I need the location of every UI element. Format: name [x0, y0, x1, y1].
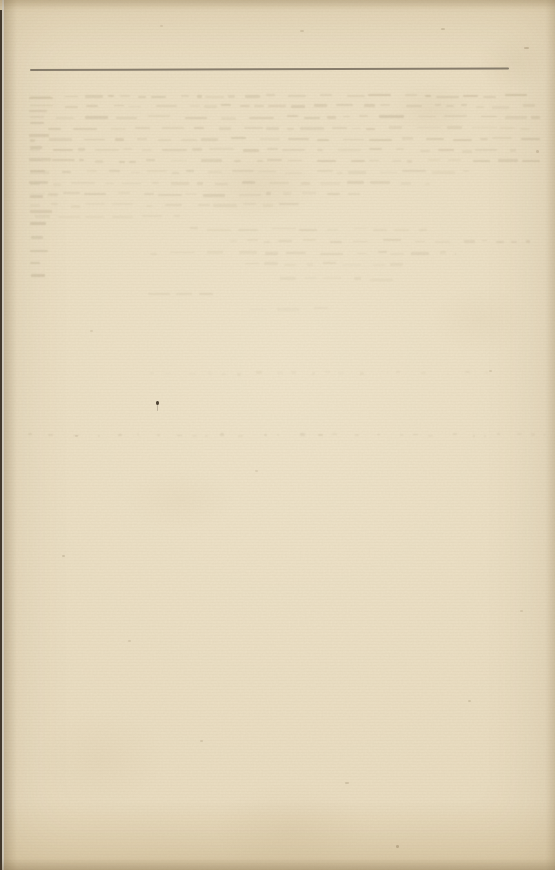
bleedthrough-margin-mark [30, 146, 42, 149]
bleedthrough-dash [369, 160, 379, 161]
bleedthrough-dash [150, 253, 157, 256]
bleedthrough-dash [213, 204, 237, 206]
bleedthrough-dash [343, 139, 364, 141]
bleedthrough-dash [243, 149, 259, 151]
bleedthrough-dash [500, 127, 515, 129]
bleedthrough-dash [435, 241, 451, 243]
bleedthrough-dash [432, 171, 455, 173]
bleedthrough-dash [461, 104, 467, 105]
bleedthrough-dash [249, 117, 273, 119]
bleedthrough-dash [142, 215, 162, 217]
bleedthrough-dash [370, 181, 390, 184]
bleedthrough-dash [419, 229, 428, 232]
bleedthrough-dash [170, 252, 195, 253]
bleedthrough-dash [267, 148, 278, 150]
paper-speck [520, 610, 523, 612]
bleedthrough-dash [148, 293, 170, 295]
paper-speck [441, 28, 445, 30]
bleedthrough-dash [485, 372, 488, 374]
bleedthrough-dash [146, 159, 155, 161]
bleedthrough-dash [498, 159, 518, 162]
bleedthrough-dash [205, 435, 208, 437]
bleedthrough-dash [48, 128, 61, 130]
bleedthrough-dash [86, 203, 104, 205]
bleedthrough-dash [366, 128, 375, 131]
bleedthrough-dash [112, 203, 133, 205]
scanned-page [0, 0, 555, 870]
bleedthrough-dash [317, 149, 323, 151]
bleedthrough-dash [231, 137, 246, 139]
ink-bleedthrough-layer [0, 0, 555, 870]
paper-speck [200, 740, 203, 742]
bleedthrough-dash [123, 148, 132, 149]
paper-speck [489, 370, 492, 372]
bleedthrough-dash [357, 253, 367, 255]
bleedthrough-dash [510, 149, 515, 152]
bleedthrough-dash [174, 215, 180, 217]
bleedthrough-dash [482, 240, 488, 242]
bleedthrough-dash [373, 264, 385, 266]
bleedthrough-margin-mark [29, 134, 49, 137]
bleedthrough-dash [401, 182, 411, 185]
bleedthrough-dash [148, 115, 170, 116]
bleedthrough-dash [137, 138, 147, 140]
bleedthrough-dash [98, 435, 100, 437]
bleedthrough-dash [480, 138, 488, 140]
bleedthrough-dash [73, 128, 98, 130]
bleedthrough-dash [505, 116, 528, 119]
paper-grain-texture [0, 0, 555, 870]
bleedthrough-dash [30, 171, 49, 173]
top-edge-shadow [0, 0, 555, 9]
bleedthrough-dash [78, 148, 84, 150]
bleedthrough-dash [30, 116, 44, 118]
bleedthrough-margin-mark [30, 122, 44, 124]
bleedthrough-dash [418, 116, 436, 118]
bleedthrough-dash [354, 228, 366, 230]
bleedthrough-dash [377, 434, 380, 436]
bleedthrough-dash [87, 170, 97, 172]
bleedthrough-dash [190, 105, 200, 107]
bleedthrough-dash [425, 183, 430, 185]
paper-speck [90, 330, 93, 332]
bleedthrough-dash [323, 262, 335, 264]
bleedthrough-dash [157, 434, 160, 436]
bleedthrough-dash [186, 170, 193, 172]
bleedthrough-dash [348, 193, 360, 194]
bleedthrough-dash [288, 95, 306, 97]
bleedthrough-dash [304, 117, 320, 119]
bleedthrough-dash [221, 104, 231, 106]
paper-laid-texture [0, 0, 555, 870]
bleedthrough-dash [317, 139, 329, 141]
bleedthrough-dash [238, 229, 258, 231]
bleedthrough-dash [230, 240, 237, 242]
bleedthrough-dash [266, 94, 275, 96]
bleedthrough-dash [380, 172, 397, 173]
bleedthrough-dash [380, 104, 390, 106]
bleedthrough-dash [268, 105, 286, 107]
bleedthrough-dash [138, 96, 146, 99]
bleedthrough-margin-mark [30, 222, 46, 225]
bleedthrough-dash [303, 239, 316, 241]
bleedthrough-dash [465, 371, 470, 373]
bleedthrough-dash [453, 433, 457, 435]
bleedthrough-dash [405, 94, 416, 96]
bleedthrough-dash [277, 372, 283, 374]
bleedthrough-dash [473, 435, 475, 438]
bleedthrough-dash [475, 149, 497, 151]
bleedthrough-dash [307, 263, 314, 266]
bleedthrough-dash [71, 205, 81, 208]
bleedthrough-dash [476, 106, 485, 108]
bleedthrough-margin-mark [29, 97, 53, 99]
bleedthrough-dash [243, 203, 256, 205]
bleedthrough-dash [305, 277, 317, 279]
paper-speck [255, 470, 258, 472]
bleedthrough-dash [531, 116, 540, 119]
paper-speck [468, 700, 471, 702]
bleedthrough-dash [496, 241, 504, 244]
bleedthrough-dash [332, 127, 347, 129]
bleedthrough-dash [355, 434, 359, 436]
bleedthrough-dash [483, 96, 496, 98]
bleedthrough-margin-mark [30, 195, 43, 198]
bleedthrough-dash [447, 126, 462, 129]
bleedthrough-dash [264, 262, 277, 264]
bleedthrough-dash [511, 241, 517, 244]
bleedthrough-dash [129, 161, 136, 163]
bleedthrough-dash [332, 433, 337, 435]
bleedthrough-dash [267, 159, 282, 160]
bleedthrough-dash [390, 263, 402, 265]
bleedthrough-dash [415, 241, 426, 242]
bleedthrough-dash [359, 115, 368, 116]
bleedthrough-dash [245, 263, 259, 265]
header-rule [30, 67, 509, 70]
bleedthrough-dash [162, 149, 187, 152]
bleedthrough-dash [49, 138, 72, 141]
bleedthrough-dash [220, 433, 224, 435]
bleedthrough-dash [189, 373, 195, 375]
bleedthrough-dash [172, 172, 179, 174]
bleedthrough-dash [411, 252, 429, 254]
bleedthrough-dash [417, 127, 441, 128]
bleedthrough-dash [142, 149, 152, 152]
paper-speck [524, 47, 529, 49]
bleedthrough-dash [30, 160, 42, 162]
bleedthrough-dash [353, 241, 368, 242]
bleedthrough-dash [520, 128, 530, 130]
bleedthrough-dash [318, 434, 322, 436]
bleedthrough-margin-mark [29, 181, 48, 184]
bleedthrough-dash [369, 148, 382, 150]
bleedthrough-dash [237, 373, 241, 376]
bleedthrough-dash [472, 127, 496, 129]
scan-vignette [0, 0, 555, 870]
right-edge-shadow [545, 0, 555, 870]
bleedthrough-dash [330, 241, 342, 243]
bleedthrough-dash [65, 96, 79, 98]
bleedthrough-dash [165, 373, 171, 375]
bleedthrough-dash [347, 95, 365, 97]
bleedthrough-dash [95, 149, 119, 151]
bleedthrough-dash [190, 227, 198, 229]
bleedthrough-dash [232, 170, 254, 172]
bleedthrough-dash [28, 433, 32, 435]
bleedthrough-dash [162, 127, 184, 129]
bleedthrough-dash [234, 160, 241, 162]
bleedthrough-dash [481, 116, 497, 118]
bleedthrough-dash [317, 160, 336, 163]
bleedthrough-dash [300, 433, 305, 436]
bleedthrough-dash [320, 253, 342, 255]
bleedthrough-dash [201, 138, 218, 140]
bleedthrough-dash [219, 127, 232, 130]
bleedthrough-dash [208, 171, 221, 173]
bleedthrough-dash [287, 128, 294, 130]
bleedthrough-dash [120, 95, 130, 98]
bleedthrough-dash [402, 137, 413, 140]
bleedthrough-dash [407, 160, 412, 162]
bleedthrough-dash [115, 138, 124, 141]
bleedthrough-dash [373, 229, 387, 232]
bleedthrough-dash [413, 434, 418, 435]
bleedthrough-dash [320, 94, 333, 96]
bleedthrough-dash [247, 239, 259, 241]
bleedthrough-dash [194, 127, 204, 129]
bleedthrough-dash [440, 251, 446, 254]
bleedthrough-dash [108, 95, 114, 97]
bleedthrough-dash [264, 434, 267, 436]
bleedthrough-dash [199, 293, 212, 295]
bleedthrough-dash [269, 182, 289, 184]
bleedthrough-dash [254, 105, 264, 107]
bleedthrough-dash [205, 96, 224, 99]
bleedthrough-dash [421, 372, 426, 375]
bleedthrough-dash [52, 159, 74, 161]
bleedthrough-dash [240, 105, 250, 107]
bleedthrough-dash [114, 105, 124, 107]
bleedthrough-dash [447, 373, 449, 375]
bleedthrough-dash [497, 433, 500, 434]
paper-stains [0, 0, 555, 870]
bleedthrough-dash [277, 308, 298, 311]
bleedthrough-dash [228, 95, 234, 98]
bleedthrough-dash [317, 170, 333, 172]
bleedthrough-dash [181, 139, 196, 141]
bleedthrough-margin-mark [30, 262, 40, 264]
bleedthrough-dash [137, 433, 139, 436]
bleedthrough-margin-mark [31, 274, 45, 277]
bleedthrough-dash [531, 433, 535, 436]
bleedthrough-dash [30, 139, 35, 142]
bleedthrough-dash [396, 148, 405, 150]
bleedthrough-dash [71, 182, 95, 185]
bleedthrough-dash [314, 307, 328, 309]
bleedthrough-dash [112, 216, 133, 218]
bleedthrough-dash [283, 192, 291, 194]
bleedthrough-dash [312, 372, 314, 375]
bleedthrough-dash [492, 106, 509, 109]
bleedthrough-dash [239, 194, 261, 196]
bleedthrough-dash [448, 159, 460, 161]
bleedthrough-dash [30, 105, 53, 107]
bleedthrough-dash [360, 372, 364, 374]
bleedthrough-dash [463, 95, 478, 97]
bleedthrough-dash [453, 139, 472, 141]
bleedthrough-dash [435, 104, 441, 106]
bleedthrough-dash [286, 252, 306, 254]
bleedthrough-dash [209, 148, 233, 150]
bleedthrough-dash [282, 149, 305, 151]
bleedthrough-dash [222, 373, 227, 376]
spine-shadow [4, 0, 17, 870]
bleedthrough-dash [505, 94, 527, 96]
bleedthrough-dash [185, 193, 197, 195]
bleedthrough-dash [364, 104, 375, 106]
bleedthrough-dash [462, 150, 472, 153]
bleedthrough-dash [192, 435, 197, 437]
bleedthrough-dash [30, 204, 40, 207]
bleedthrough-dash [426, 138, 444, 140]
bleedthrough-dash [85, 116, 108, 119]
bleedthrough-dash [192, 148, 203, 151]
bleedthrough-dash [185, 117, 207, 119]
bleedthrough-margin-mark [30, 170, 45, 172]
bleedthrough-dash [152, 182, 158, 184]
bleedthrough-dash [204, 105, 217, 107]
bleedthrough-margin-mark [30, 210, 52, 213]
bleedthrough-dash [291, 371, 296, 374]
bleedthrough-dash [438, 149, 454, 151]
bleedthrough-dash [278, 240, 292, 242]
paper-speck [536, 150, 539, 153]
bleedthrough-dash [446, 105, 454, 107]
bleedthrough-dash [301, 182, 310, 185]
paper-speck [128, 640, 131, 642]
bleedthrough-dash [147, 170, 167, 172]
bleedthrough-dash [352, 128, 360, 130]
bleedthrough-dash [158, 194, 182, 196]
bleedthrough-dash [389, 126, 403, 128]
bleedthrough-dash [85, 95, 103, 98]
bleedthrough-dash [325, 371, 330, 373]
bleedthrough-dash [386, 372, 389, 374]
bleedthrough-dash [320, 182, 340, 185]
bleedthrough-dash [48, 193, 58, 195]
bleedthrough-dash [302, 192, 316, 194]
bleedthrough-dash [288, 160, 302, 162]
bleedthrough-dash [62, 171, 71, 173]
bleedthrough-dash [400, 434, 404, 436]
bleedthrough-margin-mark [29, 110, 47, 112]
bleedthrough-dash [343, 116, 350, 118]
paper-speck [62, 555, 65, 557]
paper-speck [396, 845, 399, 848]
bleedthrough-dash [338, 149, 361, 151]
bleedthrough-dash [392, 160, 401, 162]
bleedthrough-dash [279, 203, 299, 205]
bleedthrough-dash [165, 204, 182, 206]
bleedthrough-dash [151, 96, 165, 98]
bleedthrough-dash [517, 433, 522, 435]
bleedthrough-dash [119, 161, 125, 163]
bleedthrough-dash [406, 105, 423, 107]
bleedthrough-dash [266, 192, 271, 195]
bleedthrough-dash [337, 172, 343, 174]
bleedthrough-dash [260, 138, 280, 141]
bleedthrough-dash [436, 96, 459, 98]
bleedthrough-dash [158, 139, 170, 141]
bleedthrough-dash [338, 372, 344, 374]
bleedthrough-dash [238, 435, 243, 437]
bleedthrough-dash [327, 116, 336, 119]
bleedthrough-dash [207, 229, 230, 231]
bleedthrough-dash [56, 117, 74, 119]
bleedthrough-dash [239, 251, 257, 254]
bottom-edge-shadow [0, 858, 555, 870]
bleedthrough-dash [266, 127, 279, 130]
bleedthrough-dash [444, 115, 467, 117]
bleedthrough-dash [323, 277, 341, 278]
bleedthrough-dash [300, 127, 324, 130]
bleedthrough-dash [280, 277, 296, 279]
bleedthrough-dash [368, 94, 390, 96]
bleedthrough-dash [181, 95, 189, 97]
bleedthrough-dash [84, 193, 106, 195]
bleedthrough-dash [144, 193, 154, 196]
bleedthrough-dash [203, 194, 225, 197]
bleedthrough-dash [523, 104, 535, 107]
bleedthrough-dash [263, 204, 273, 207]
bleedthrough-dash [526, 240, 530, 243]
bleedthrough-dash [53, 183, 61, 186]
bleedthrough-margin-mark [31, 236, 43, 239]
bleedthrough-dash [379, 115, 404, 118]
bleedthrough-dash [396, 371, 400, 373]
bleedthrough-dash [390, 253, 404, 255]
bleedthrough-dash [492, 137, 512, 139]
ink-speck-tail [157, 405, 158, 411]
bleedthrough-dash [428, 159, 440, 161]
bleedthrough-dash [156, 105, 177, 108]
bleedthrough-dash [473, 160, 489, 162]
bleedthrough-dash [257, 160, 263, 162]
bleedthrough-dash [327, 193, 340, 196]
paper-speck [75, 435, 78, 437]
bleedthrough-dash [150, 372, 154, 374]
bleedthrough-dash [30, 149, 40, 152]
bleedthrough-dash [484, 435, 486, 437]
bleedthrough-dash [277, 434, 280, 436]
bleedthrough-dash [285, 172, 302, 174]
bleedthrough-dash [369, 139, 392, 141]
bleedthrough-dash [122, 183, 141, 185]
bleedthrough-dash [197, 182, 204, 185]
bleedthrough-dash [272, 228, 296, 229]
bleedthrough-dash [201, 159, 222, 161]
bleedthrough-dash [118, 434, 122, 435]
bleedthrough-dash [342, 264, 361, 267]
bleedthrough-dash [425, 95, 432, 97]
bleedthrough-dash [258, 171, 276, 172]
bleedthrough-dash [177, 435, 182, 437]
bleedthrough-dash [116, 117, 137, 119]
bleedthrough-dash [85, 216, 105, 218]
bleedthrough-dash [522, 160, 540, 162]
bleedthrough-dash [402, 170, 426, 172]
